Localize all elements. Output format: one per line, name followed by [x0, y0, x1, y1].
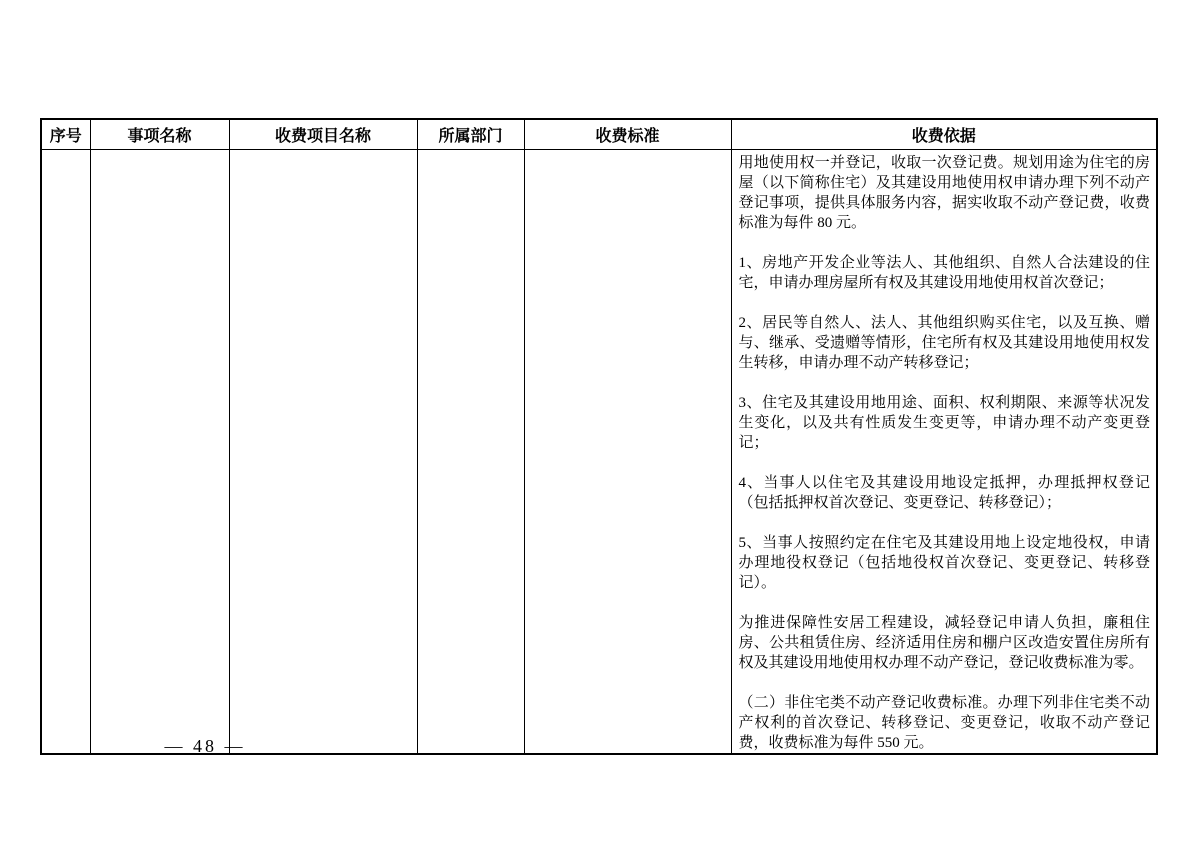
cell-serial-number — [41, 149, 90, 754]
cell-item-name — [90, 149, 229, 754]
cell-department — [417, 149, 524, 754]
fee-basis-paragraph-item-3: 3、住宅及其建设用地用途、面积、权利期限、来源等状况发生变化，以及共有性质发生变… — [739, 393, 1151, 453]
cell-fee-basis: 用地使用权一并登记，收取一次登记费。规划用途为住宅的房屋（以下简称住宅）及其建设… — [731, 149, 1157, 754]
header-item-name: 事项名称 — [90, 119, 229, 149]
fee-basis-paragraph-non-residential: （二）非住宅类不动产登记收费标准。办理下列非住宅类不动产权利的首次登记、转移登记… — [739, 693, 1151, 753]
fee-basis-paragraph-item-2: 2、居民等自然人、法人、其他组织购买住宅，以及互换、赠与、继承、受遗赠等情形，住… — [739, 313, 1151, 373]
fee-basis-paragraph-item-5: 5、当事人按照约定在住宅及其建设用地上设定地役权，申请办理地役权登记（包括地役权… — [739, 533, 1151, 593]
header-serial-number: 序号 — [41, 119, 90, 149]
cell-fee-standard — [524, 149, 731, 754]
cell-fee-item-name — [229, 149, 417, 754]
fee-basis-paragraph-affordable-housing: 为推进保障性安居工程建设，减轻登记申请人负担，廉租住房、公共租赁住房、经济适用住… — [739, 613, 1151, 673]
fee-basis-paragraph-item-4: 4、当事人以住宅及其建设用地设定抵押，办理抵押权登记（包括抵押权首次登记、变更登… — [739, 473, 1151, 513]
table-row: 用地使用权一并登记，收取一次登记费。规划用途为住宅的房屋（以下简称住宅）及其建设… — [41, 149, 1157, 754]
header-fee-standard: 收费标准 — [524, 119, 731, 149]
header-department: 所属部门 — [417, 119, 524, 149]
document-page: 序号 事项名称 收费项目名称 所属部门 收费标准 收费依据 用地使用权一并登记，… — [0, 0, 1200, 848]
fee-schedule-table: 序号 事项名称 收费项目名称 所属部门 收费标准 收费依据 用地使用权一并登记，… — [40, 118, 1158, 755]
fee-basis-paragraph-continuation: 用地使用权一并登记，收取一次登记费。规划用途为住宅的房屋（以下简称住宅）及其建设… — [739, 153, 1151, 233]
table-header-row: 序号 事项名称 收费项目名称 所属部门 收费标准 收费依据 — [41, 119, 1157, 149]
fee-basis-paragraph-item-1: 1、房地产开发企业等法人、其他组织、自然人合法建设的住宅，申请办理房屋所有权及其… — [739, 253, 1151, 293]
header-fee-item-name: 收费项目名称 — [229, 119, 417, 149]
header-fee-basis: 收费依据 — [731, 119, 1157, 149]
page-number: — 48 — — [150, 736, 260, 757]
